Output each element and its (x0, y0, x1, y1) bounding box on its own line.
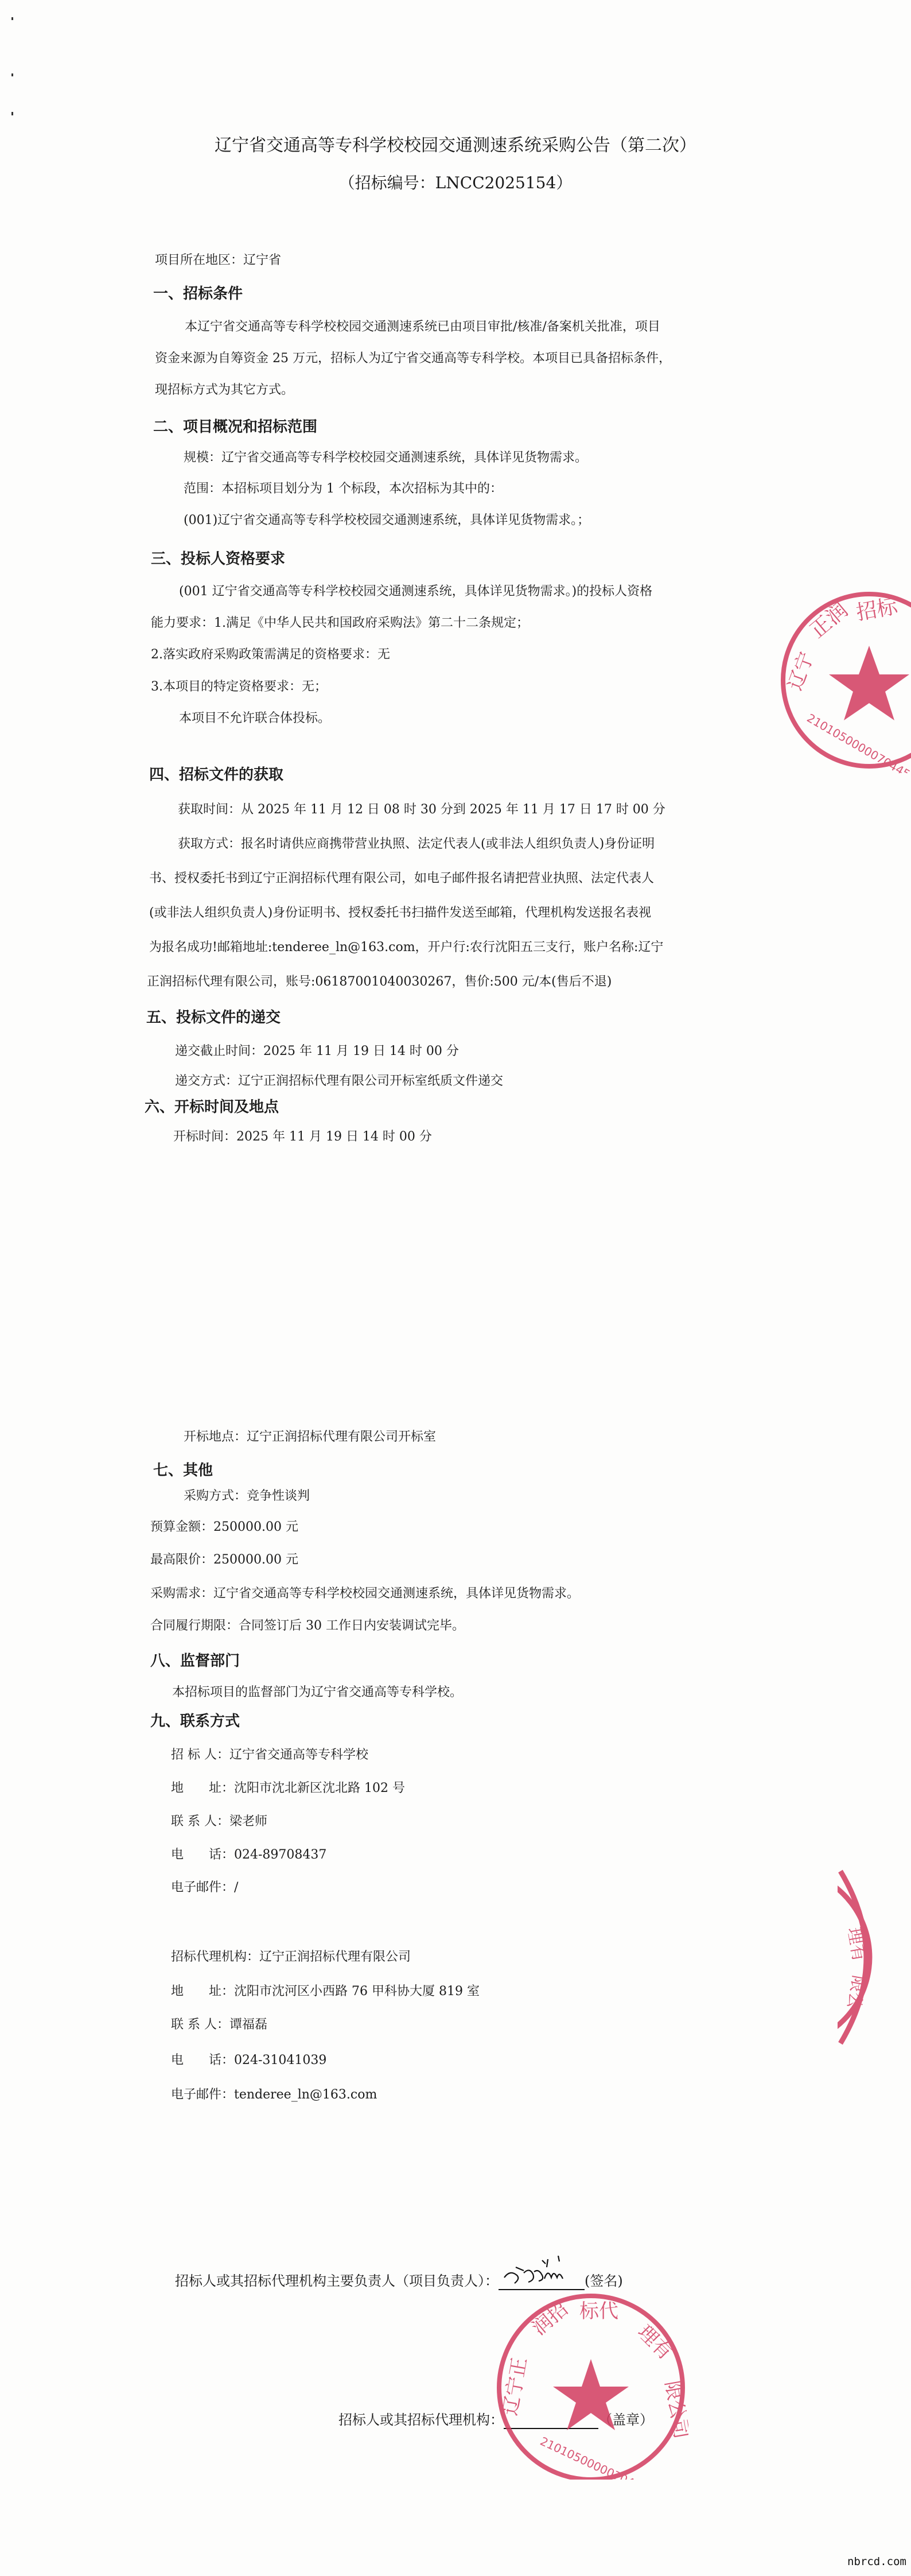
section-4-line: 书、授权委托书到辽宁正润招标代理有限公司，如电子邮件报名请把营业执照、法定代表人 (149, 871, 654, 887)
section-4-line: 获取时间：从 2025 年 11 月 12 日 08 时 30 分到 2025 … (178, 802, 665, 818)
section-2-line: (001)辽宁省交通高等专科学校校园交通测速系统，具体详见货物需求。； (184, 513, 590, 529)
section-heading-5: 五、投标文件的递交 (146, 1008, 281, 1027)
section-heading-7: 七、其他 (153, 1461, 213, 1480)
tenderer-address: 地 址：沈阳市沈北新区沈北路 102 号 (171, 1780, 405, 1797)
handwritten-signature-icon (499, 2256, 585, 2290)
section-2-line: 规模：辽宁省交通高等专科学校校园交通测速系统，具体详见货物需求。 (184, 450, 587, 466)
section-3-line: (001 辽宁省交通高等专科学校校园交通测速系统，具体详见货物需求。)的投标人资… (179, 584, 652, 600)
agency-contact: 联 系 人：谭福磊 (171, 2017, 267, 2033)
section-7-line: 最高限价：250000.00 元 (150, 1552, 298, 1568)
section-2-line: 范围：本招标项目划分为 1 个标段，本次招标为其中的： (184, 481, 503, 497)
section-7-line: 合同履行期限：合同签订后 30 工作日内安装调试完毕。 (150, 1618, 465, 1634)
section-4-line: 获取方式：报名时请供应商携带营业执照、法定代表人(或非法人组织负责人)身份证明 (178, 836, 655, 852)
agency-name: 招标代理机构：辽宁正润招标代理有限公司 (171, 1949, 411, 1965)
svg-text:理有: 理有 (633, 2321, 677, 2364)
section-heading-8: 八、监督部门 (150, 1652, 240, 1670)
tender-number: （招标编号：LNCC2025154） (0, 173, 911, 193)
svg-text:润招: 润招 (528, 2298, 573, 2340)
signature-line-principal: 招标人或其招标代理机构主要负责人（项目负责人）： (签名) (175, 2272, 623, 2290)
section-heading-6: 六、开标时间及地点 (145, 1098, 279, 1116)
section-heading-1: 一、招标条件 (153, 285, 243, 303)
section-1-line: 现招标方式为其它方式。 (155, 382, 294, 398)
agency-phone: 电 话：024-31041039 (171, 2053, 326, 2069)
section-heading-3: 三、投标人资格要求 (151, 550, 285, 568)
project-region: 项目所在地区：辽宁省 (155, 253, 281, 269)
svg-text:标代: 标代 (579, 2300, 618, 2323)
section-7-line: 采购需求：辽宁省交通高等专科学校校园交通测速系统，具体详见货物需求。 (150, 1586, 579, 1602)
half-seal-icon: 理有 限公 (838, 1865, 901, 2049)
section-1-line: 本辽宁省交通高等专科学校校园交通测速系统已由项目审批/核准/备案机关批准，项目 (185, 319, 660, 335)
section-7-line: 预算金额：250000.00 元 (150, 1519, 298, 1535)
signature-label: 招标人或其招标代理机构主要负责人（项目负责人）： (175, 2273, 499, 2289)
section-3-line: 2.落实政府采购政策需满足的资格要求：无 (151, 647, 390, 663)
document-page: 辽宁省交通高等专科学校校园交通测速系统采购公告（第二次） （招标编号：LNCC2… (0, 0, 911, 2576)
tenderer-name: 招 标 人：辽宁省交通高等专科学校 (171, 1747, 368, 1763)
signature-suffix: (签名) (585, 2273, 623, 2289)
scan-mark (11, 17, 13, 20)
svg-text:限公: 限公 (843, 1974, 869, 2011)
section-heading-2: 二、项目概况和招标范围 (153, 418, 317, 436)
section-8-line: 本招标项目的监督部门为辽宁省交通高等专科学校。 (172, 1685, 462, 1701)
svg-text:限公司: 限公司 (660, 2379, 688, 2441)
section-heading-9: 九、联系方式 (150, 1712, 240, 1731)
section-4-line: (或非法人组织负责人)身份证明书、授权委托书扫描件发送至邮箱，代理机构发送报名表… (149, 905, 651, 921)
section-1-line: 资金来源为自筹资金 25 万元，招标人为辽宁省交通高等专科学校。本项目已具备招标… (155, 351, 671, 367)
section-3-line: 3.本项目的特定资格要求：无； (151, 679, 327, 695)
section-heading-4: 四、招标文件的获取 (149, 766, 283, 784)
section-6-line: 开标时间：2025 年 11 月 19 日 14 时 00 分 (173, 1129, 432, 1145)
scan-mark (11, 112, 13, 115)
company-seal-icon: 辽宁 正润 招标 2101050000070445 (777, 588, 911, 773)
scan-mark (11, 73, 13, 76)
seal-label: 招标人或其招标代理机构： (338, 2412, 504, 2428)
section-4-line: 正润招标代理有限公司，账号:06187001040030267，售价:500 元… (147, 974, 612, 990)
svg-text:正润: 正润 (805, 598, 852, 643)
section-5-line: 递交截止时间：2025 年 11 月 19 日 14 时 00 分 (175, 1043, 459, 1060)
section-4-line: 为报名成功!邮箱地址:tenderee_ln@163.com，开户行:农行沈阳五… (149, 940, 663, 956)
section-3-line: 能力要求：1.满足《中华人民共和国政府采购法》第二十二条规定； (151, 615, 529, 631)
svg-text:招标: 招标 (854, 595, 900, 625)
section-3-line: 本项目不允许联合体投标。 (179, 711, 330, 727)
document-title: 辽宁省交通高等专科学校校园交通测速系统采购公告（第二次） (0, 135, 911, 156)
section-6-line: 开标地点：辽宁正润招标代理有限公司开标室 (184, 1429, 436, 1445)
agency-address: 地 址：沈阳市沈河区小西路 76 甲科协大厦 819 室 (171, 1984, 480, 2000)
section-7-line: 采购方式：竞争性谈判 (184, 1488, 310, 1504)
watermark: nbrcd.com (847, 2555, 906, 2568)
section-5-line: 递交方式：辽宁正润招标代理有限公司开标室纸质文件递交 (175, 1073, 503, 1089)
tenderer-phone: 电 话：024-89708437 (171, 1847, 326, 1863)
company-seal-icon: 辽宁正 润招 标代 理有 限公司 2101050000070445 (493, 2290, 688, 2480)
agency-email: 电子邮件：tenderee_ln@163.com (171, 2087, 377, 2103)
tenderer-email: 电子邮件：/ (171, 1880, 238, 1896)
signature-field (499, 2273, 585, 2290)
tenderer-contact: 联 系 人：梁老师 (171, 1814, 267, 1830)
